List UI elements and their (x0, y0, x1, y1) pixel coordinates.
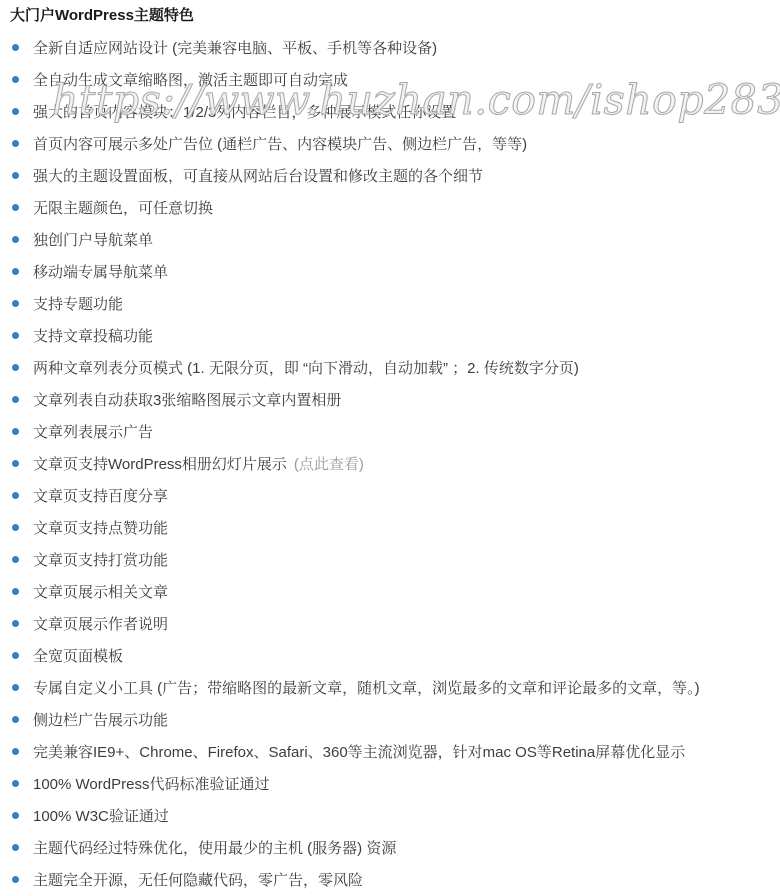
bullet-icon (12, 428, 19, 435)
feature-item: 支持文章投稿功能 (0, 319, 780, 351)
bullet-icon (12, 748, 19, 755)
feature-item: 全宽页面模板 (0, 639, 780, 671)
feature-item: 无限主题颜色，可任意切换 (0, 191, 780, 223)
feature-item: 强大的主题设置面板，可直接从网站后台设置和修改主题的各个细节 (0, 159, 780, 191)
feature-item: 文章页支持百度分享 (0, 479, 780, 511)
feature-text: 支持专题功能 (33, 293, 123, 314)
feature-item: 专属自定义小工具 (广告；带缩略图的最新文章，随机文章，浏览最多的文章和评论最多… (0, 671, 780, 703)
feature-text: 两种文章列表分页模式 (1. 无限分页，即 “向下滑动，自动加载” ；2. 传统… (33, 357, 579, 378)
feature-text: 文章页展示相关文章 (33, 581, 168, 602)
bullet-icon (12, 684, 19, 691)
feature-text: 移动端专属导航菜单 (33, 261, 168, 282)
feature-text: 侧边栏广告展示功能 (33, 709, 168, 730)
bullet-icon (12, 588, 19, 595)
feature-text: 文章页支持点赞功能 (33, 517, 168, 538)
bullet-icon (12, 492, 19, 499)
bullet-icon (12, 460, 19, 467)
feature-text: 主题代码经过特殊优化，使用最少的主机 (服务器) 资源 (33, 837, 396, 858)
feature-item: 100% W3C验证通过 (0, 799, 780, 831)
feature-item: 完美兼容IE9+、Chrome、Firefox、Safari、360等主流浏览器… (0, 735, 780, 767)
feature-text: 文章页支持WordPress相册幻灯片展示 (33, 453, 287, 474)
bullet-icon (12, 332, 19, 339)
feature-text: 独创门户导航菜单 (33, 229, 153, 250)
feature-item: 主题代码经过特殊优化，使用最少的主机 (服务器) 资源 (0, 831, 780, 863)
feature-item: 两种文章列表分页模式 (1. 无限分页，即 “向下滑动，自动加载” ；2. 传统… (0, 351, 780, 383)
bullet-icon (12, 396, 19, 403)
bullet-icon (12, 812, 19, 819)
feature-item: 强大的首页内容模块：1/2/3列内容栏目，多种展示模式任你设置 (0, 95, 780, 127)
bullet-icon (12, 716, 19, 723)
bullet-icon (12, 300, 19, 307)
feature-item: 文章页展示相关文章 (0, 575, 780, 607)
feature-item: 主题完全开源，无任何隐藏代码，零广告，零风险 (0, 863, 780, 895)
bullet-icon (12, 44, 19, 51)
feature-item: 支持专题功能 (0, 287, 780, 319)
feature-text: 100% W3C验证通过 (33, 805, 169, 826)
view-gallery-link[interactable]: (点此查看) (294, 453, 364, 474)
feature-item: 文章页支持点赞功能 (0, 511, 780, 543)
feature-text: 文章页展示作者说明 (33, 613, 168, 634)
feature-text: 完美兼容IE9+、Chrome、Firefox、Safari、360等主流浏览器… (33, 741, 685, 762)
bullet-icon (12, 268, 19, 275)
feature-text: 支持文章投稿功能 (33, 325, 153, 346)
feature-item: 首页内容可展示多处广告位 (通栏广告、内容模块广告、侧边栏广告，等等) (0, 127, 780, 159)
feature-item: 文章列表展示广告 (0, 415, 780, 447)
feature-item: 侧边栏广告展示功能 (0, 703, 780, 735)
theme-feature-document: 大门户WordPress主题特色 https://www.huzhan.com/… (0, 0, 780, 896)
bullet-icon (12, 204, 19, 211)
feature-item: 文章页支持WordPress相册幻灯片展示(点此查看) (0, 447, 780, 479)
feature-text: 全新自适应网站设计 (完美兼容电脑、平板、手机等各种设备) (33, 37, 437, 58)
bullet-icon (12, 844, 19, 851)
feature-text: 文章页支持打赏功能 (33, 549, 168, 570)
feature-item: 独创门户导航菜单 (0, 223, 780, 255)
feature-list: 全新自适应网站设计 (完美兼容电脑、平板、手机等各种设备)全自动生成文章缩略图，… (0, 31, 780, 895)
bullet-icon (12, 780, 19, 787)
bullet-icon (12, 876, 19, 883)
bullet-icon (12, 524, 19, 531)
bullet-icon (12, 140, 19, 147)
bullet-icon (12, 620, 19, 627)
bullet-icon (12, 76, 19, 83)
bullet-icon (12, 236, 19, 243)
feature-text: 专属自定义小工具 (广告；带缩略图的最新文章，随机文章，浏览最多的文章和评论最多… (33, 677, 700, 698)
feature-item: 文章列表自动获取3张缩略图展示文章内置相册 (0, 383, 780, 415)
feature-item: 文章页展示作者说明 (0, 607, 780, 639)
feature-text: 强大的主题设置面板，可直接从网站后台设置和修改主题的各个细节 (33, 165, 483, 186)
page-title: 大门户WordPress主题特色 (0, 0, 780, 25)
feature-text: 文章列表自动获取3张缩略图展示文章内置相册 (33, 389, 341, 410)
feature-item: 100% WordPress代码标准验证通过 (0, 767, 780, 799)
feature-text: 首页内容可展示多处广告位 (通栏广告、内容模块广告、侧边栏广告，等等) (33, 133, 527, 154)
feature-text: 全宽页面模板 (33, 645, 123, 666)
bullet-icon (12, 364, 19, 371)
bullet-icon (12, 556, 19, 563)
feature-text: 无限主题颜色，可任意切换 (33, 197, 213, 218)
bullet-icon (12, 108, 19, 115)
bullet-icon (12, 172, 19, 179)
feature-item: 全自动生成文章缩略图，激活主题即可自动完成 (0, 63, 780, 95)
feature-text: 强大的首页内容模块：1/2/3列内容栏目，多种展示模式任你设置 (33, 101, 456, 122)
bullet-icon (12, 652, 19, 659)
feature-text: 文章页支持百度分享 (33, 485, 168, 506)
feature-item: 移动端专属导航菜单 (0, 255, 780, 287)
feature-text: 文章列表展示广告 (33, 421, 153, 442)
feature-item: 文章页支持打赏功能 (0, 543, 780, 575)
feature-item: 全新自适应网站设计 (完美兼容电脑、平板、手机等各种设备) (0, 31, 780, 63)
feature-text: 全自动生成文章缩略图，激活主题即可自动完成 (33, 69, 348, 90)
feature-text: 主题完全开源，无任何隐藏代码，零广告，零风险 (33, 869, 363, 890)
feature-text: 100% WordPress代码标准验证通过 (33, 773, 269, 794)
